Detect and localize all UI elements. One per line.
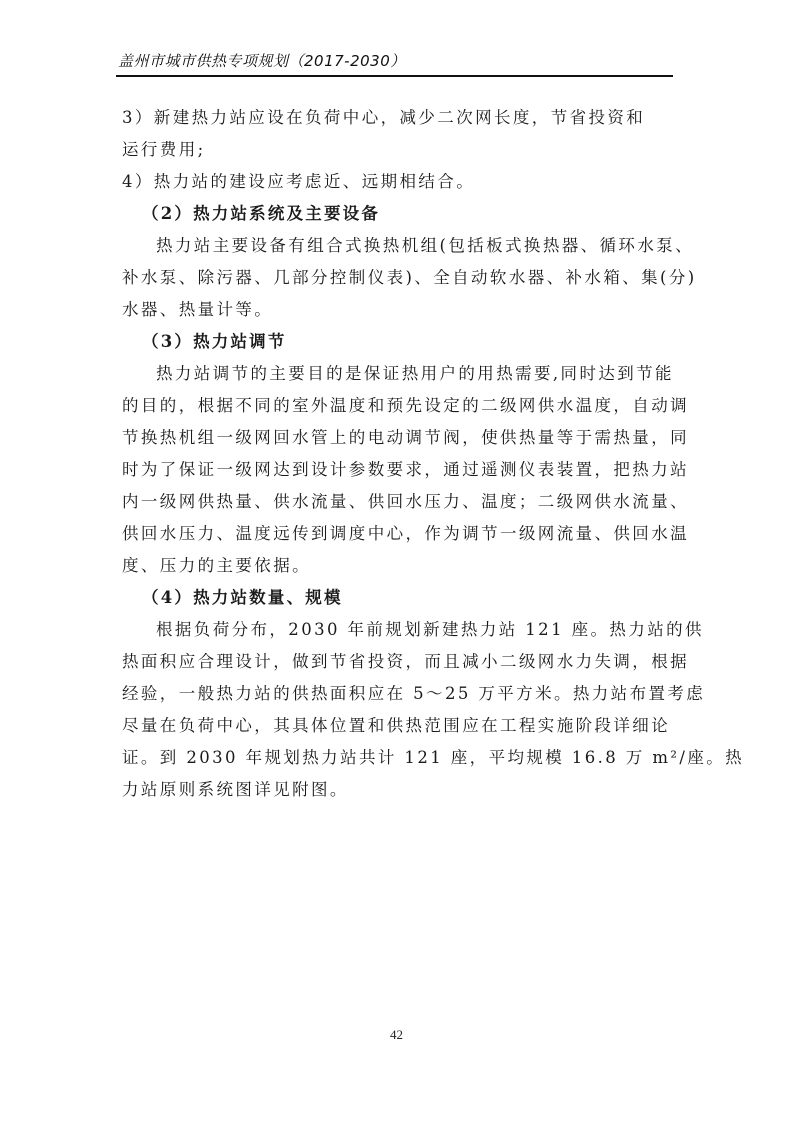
paragraph-regulation-line-7: 度、压力的主要依据。 <box>122 550 678 582</box>
paragraph-regulation-line-2: 的目的，根据不同的室外温度和预先设定的二级网供水温度，自动调 <box>122 390 678 422</box>
paragraph-regulation-line-4: 时为了保证一级网达到设计参数要求，通过遥测仪表装置，把热力站 <box>122 454 678 486</box>
paragraph-scale-line-5: 证。到 2030 年规划热力站共计 121 座，平均规模 16.8 万 m²/座… <box>122 742 678 774</box>
list-item-3-line-1: 3）新建热力站应设在负荷中心，减少二次网长度，节省投资和 <box>122 102 678 134</box>
paragraph-regulation-line-5: 内一级网供热量、供水流量、供回水压力、温度；二级网供水流量、 <box>122 486 678 518</box>
paragraph-equipment-line-1: 热力站主要设备有组合式换热机组(包括板式换热器、循环水泵、 <box>122 230 678 262</box>
paragraph-scale-line-3: 经验，一般热力站的供热面积应在 5～25 万平方米。热力站布置考虑 <box>122 678 678 710</box>
paragraph-scale-line-1: 根据负荷分布，2030 年前规划新建热力站 121 座。热力站的供 <box>122 614 678 646</box>
running-header: 盖州市城市供热专项规划（2017-2030） <box>116 52 673 77</box>
paragraph-scale-line-4: 尽量在负荷中心，其具体位置和供热范围应在工程实施阶段详细论 <box>122 710 678 742</box>
document-title: 盖州市城市供热专项规划（2017-2030） <box>116 52 673 70</box>
list-item-4: 4）热力站的建设应考虑近、远期相结合。 <box>122 166 678 198</box>
paragraph-regulation-line-6: 供回水压力、温度远传到调度中心，作为调节一级网流量、供回水温 <box>122 518 678 550</box>
paragraph-regulation-line-1: 热力站调节的主要目的是保证热用户的用热需要,同时达到节能 <box>122 358 678 390</box>
paragraph-regulation-line-3: 节换热机组一级网回水管上的电动调节阀，使供热量等于需热量，同 <box>122 422 678 454</box>
section-heading-2: （2）热力站系统及主要设备 <box>122 198 678 230</box>
page-body: 3）新建热力站应设在负荷中心，减少二次网长度，节省投资和 运行费用; 4）热力站… <box>122 102 678 806</box>
paragraph-scale-line-2: 热面积应合理设计，做到节省投资，而且减小二级网水力失调，根据 <box>122 646 678 678</box>
paragraph-scale-line-6: 力站原则系统图详见附图。 <box>122 774 678 806</box>
header-divider <box>116 75 673 77</box>
paragraph-equipment-line-2: 补水泵、除污器、几部分控制仪表)、全自动软水器、补水箱、集(分) <box>122 262 678 294</box>
section-heading-4: （4）热力站数量、规模 <box>122 582 678 614</box>
list-item-3-line-2: 运行费用; <box>122 134 678 166</box>
page-number: 42 <box>0 1027 793 1043</box>
section-heading-3: （3）热力站调节 <box>122 326 678 358</box>
paragraph-equipment-line-3: 水器、热量计等。 <box>122 294 678 326</box>
